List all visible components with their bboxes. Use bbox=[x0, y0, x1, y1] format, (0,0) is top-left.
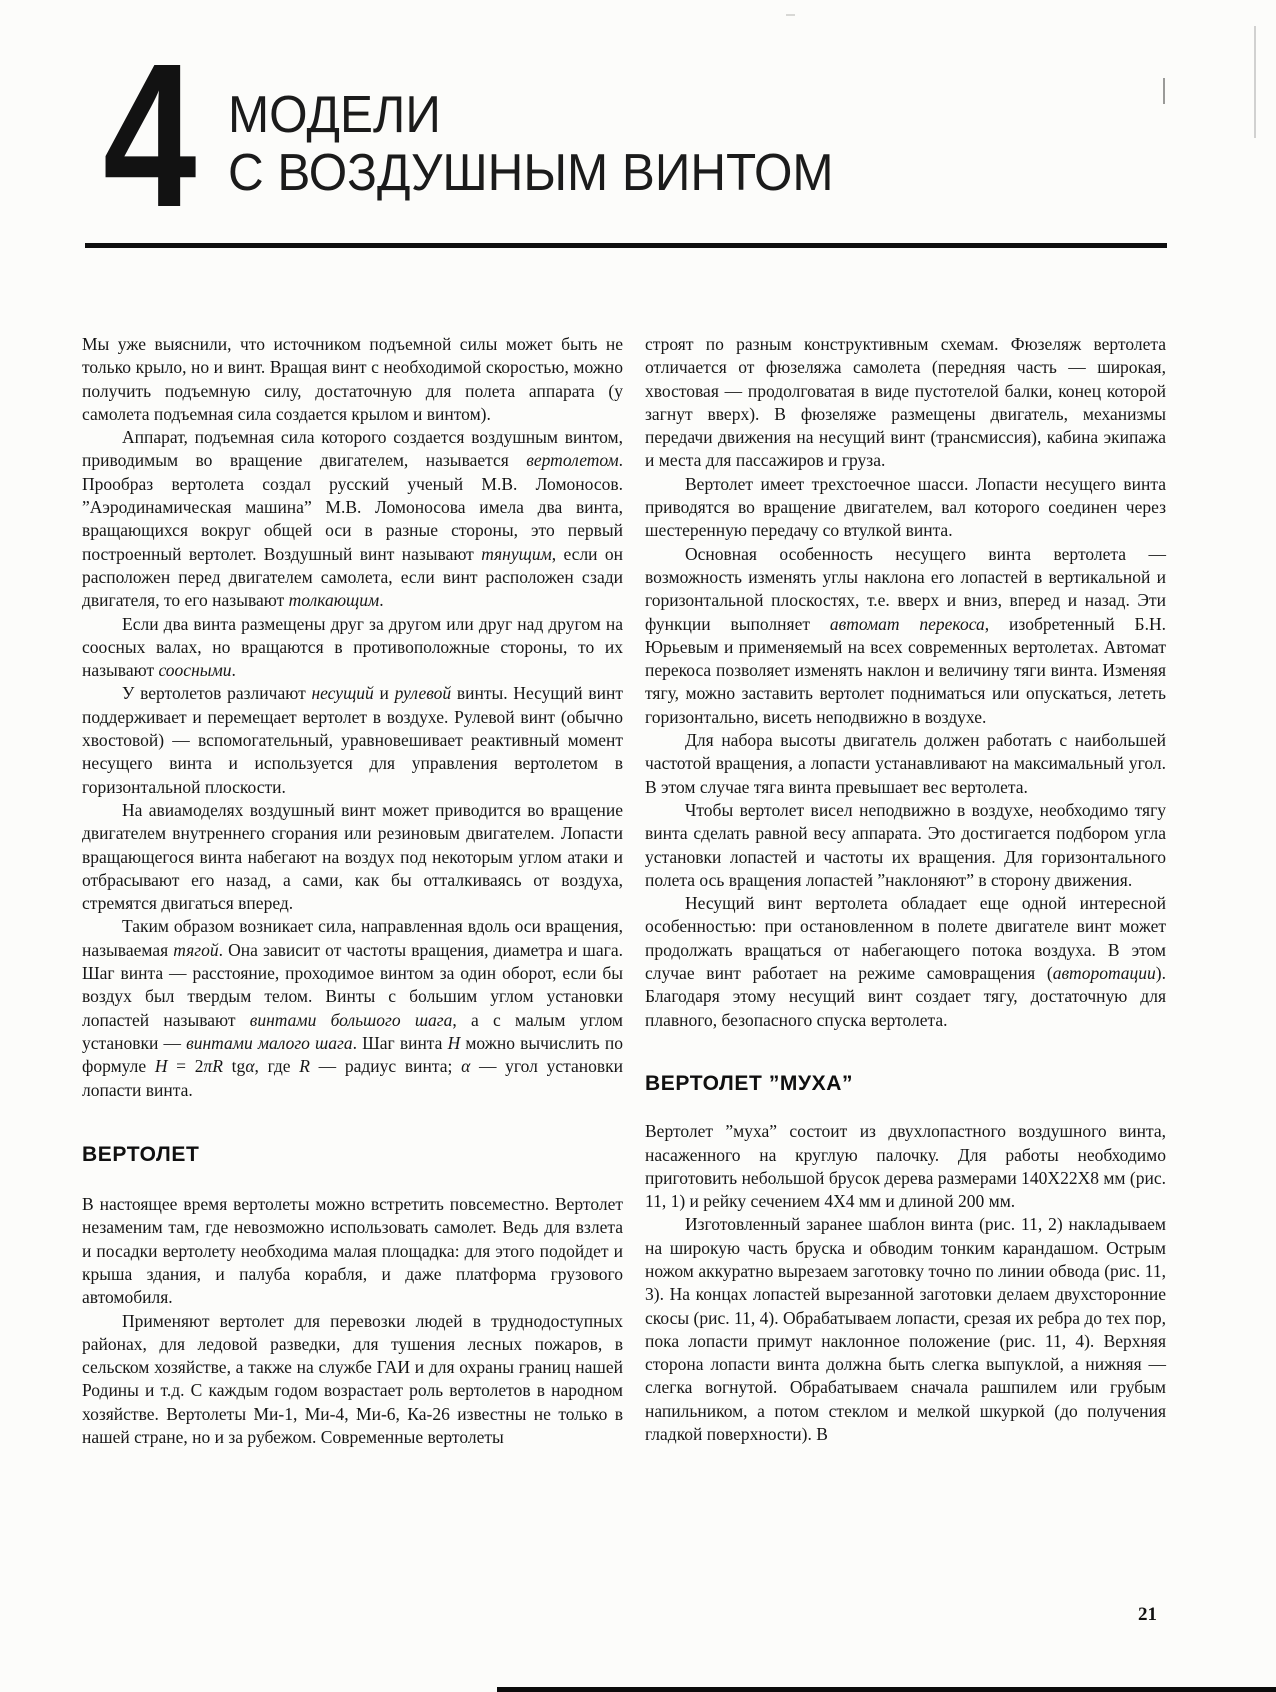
paragraph: Аппарат, подъемная сила которого создает… bbox=[82, 426, 623, 612]
paragraph: Если два винта размещены друг за другом … bbox=[82, 613, 623, 683]
paragraph: Применяют вертолет для перевозки людей в… bbox=[82, 1310, 623, 1450]
section-heading-vertolet: ВЕРТОЛЕТ bbox=[82, 1143, 623, 1166]
chapter-title-line1: МОДЕЛИ bbox=[228, 86, 834, 144]
paragraph: строят по разным конструктивным схемам. … bbox=[645, 333, 1166, 473]
scan-artifact-tick bbox=[1163, 78, 1165, 104]
right-column: строят по разным конструктивным схемам. … bbox=[645, 333, 1166, 1446]
paragraph: Мы уже выяснили, что источником подъемно… bbox=[82, 333, 623, 426]
paragraph: Таким образом возникает сила, направленн… bbox=[82, 915, 623, 1101]
paragraph: Вертолет имеет трехстоечное шасси. Лопас… bbox=[645, 473, 1166, 543]
paragraph: Вертолет ”муха” состоит из двухлопастног… bbox=[645, 1120, 1166, 1213]
paragraph: В настоящее время вертолеты можно встрет… bbox=[82, 1193, 623, 1309]
chapter-number: 4 bbox=[103, 50, 193, 222]
right-section-paragraphs: Вертолет ”муха” состоит из двухлопастног… bbox=[645, 1120, 1166, 1446]
page-number: 21 bbox=[1138, 1604, 1157, 1626]
paragraph: Несущий винт вертолета обладает еще одно… bbox=[645, 892, 1166, 1032]
right-intro-paragraphs: строят по разным конструктивным схемам. … bbox=[645, 333, 1166, 1032]
header-rule bbox=[85, 243, 1167, 248]
paragraph: У вертолетов различают несущий и рулевой… bbox=[82, 682, 623, 798]
paragraph: На авиамоделях воздушный винт может прив… bbox=[82, 799, 623, 915]
left-intro-paragraphs: Мы уже выяснили, что источником подъемно… bbox=[82, 333, 623, 1102]
section-heading-vertolet-muha: ВЕРТОЛЕТ ”МУХА” bbox=[645, 1072, 1166, 1095]
paragraph: Для набора высоты двигатель должен работ… bbox=[645, 729, 1166, 799]
book-page: 4 МОДЕЛИ С ВОЗДУШНЫМ ВИНТОМ Мы уже выясн… bbox=[0, 0, 1276, 1692]
chapter-title-line2: С ВОЗДУШНЫМ ВИНТОМ bbox=[228, 144, 834, 202]
scan-artifact-line bbox=[1254, 26, 1256, 138]
left-column: Мы уже выяснили, что источником подъемно… bbox=[82, 333, 623, 1449]
paragraph: Изготовленный заранее шаблон винта (рис.… bbox=[645, 1213, 1166, 1446]
paragraph: Основная особенность несущего винта верт… bbox=[645, 543, 1166, 729]
scan-artifact-dash bbox=[786, 14, 795, 16]
paragraph: Чтобы вертолет висел неподвижно в воздух… bbox=[645, 799, 1166, 892]
chapter-title: МОДЕЛИ С ВОЗДУШНЫМ ВИНТОМ bbox=[228, 86, 834, 202]
bottom-edge-bar bbox=[497, 1687, 1276, 1692]
left-section-paragraphs: В настоящее время вертолеты можно встрет… bbox=[82, 1193, 623, 1449]
